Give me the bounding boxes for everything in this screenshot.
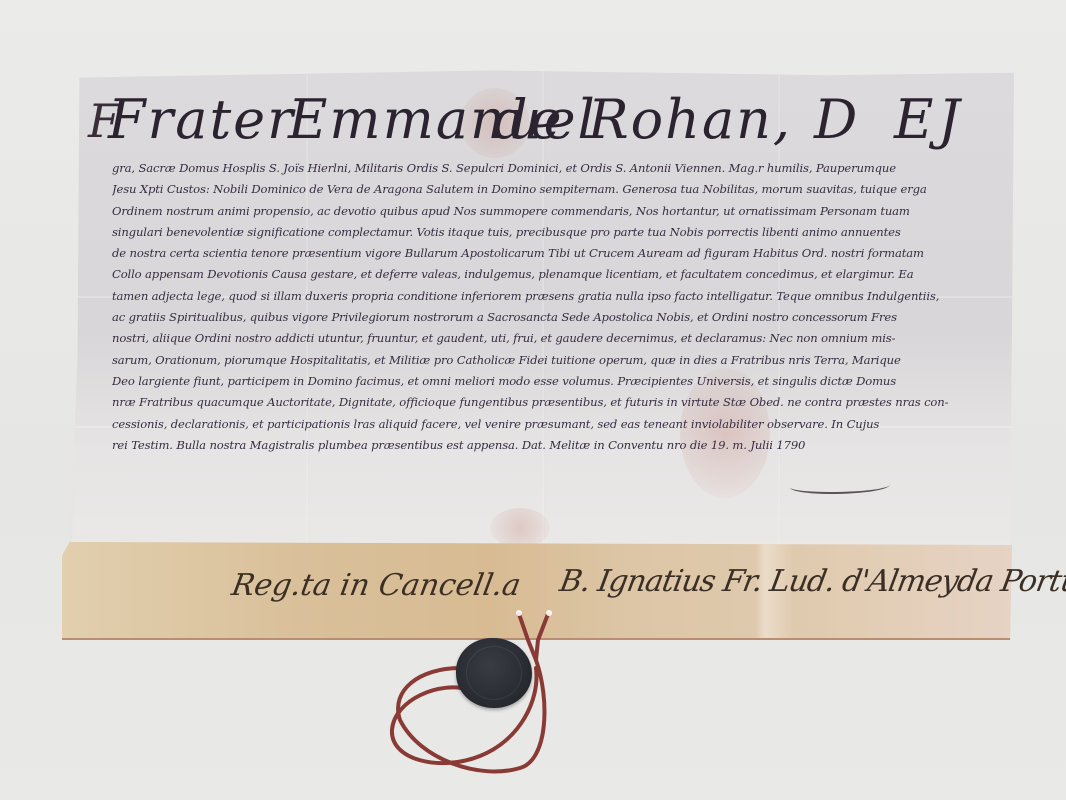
document-body: gra, Sacræ Domus Hosplis S. Joïs Hierlni… — [112, 158, 972, 456]
text-line: nostri, aliique Ordini nostro addicti ut… — [112, 328, 972, 349]
text-line: ac gratiis Spiritualibus, quibus vigore … — [112, 307, 972, 328]
text-line: tamen adjecta lege, quod si illam duxeri… — [112, 286, 972, 307]
heading-word: E — [894, 88, 935, 151]
text-line: Collo appensam Devotionis Causa gestare,… — [112, 264, 972, 285]
text-line: Ordinem nostrum animi propensio, ac devo… — [112, 201, 972, 222]
text-line: rei Testim. Bulla nostra Magistralis plu… — [112, 435, 972, 456]
text-line: sarum, Orationum, piorumque Hospitalitat… — [112, 350, 972, 371]
registration-signature: Reg.ta in Cancell.a — [229, 568, 524, 603]
document-heading: F Frater Emmanuel de Rohan, D E J — [88, 78, 988, 156]
seal-emboss-ring — [466, 646, 522, 700]
heading-word: D — [814, 88, 859, 151]
stain — [490, 508, 550, 548]
text-line: cessionis, declarationis, et participati… — [112, 414, 972, 435]
text-line: nræ Fratribus quacumque Auctoritate, Dig… — [112, 392, 972, 413]
lead-seal — [456, 638, 532, 708]
text-line: de nostra certa scientia tenore præsenti… — [112, 243, 972, 264]
text-line: singulari benevolentiæ significatione co… — [112, 222, 972, 243]
text-line: Deo largiente fiunt, participem in Domin… — [112, 371, 972, 392]
heading-word: J — [938, 88, 962, 151]
heading-word: Rohan, — [588, 88, 792, 151]
heading-word: Frater — [108, 88, 295, 151]
heading-word: de — [493, 88, 564, 151]
text-line: gra, Sacræ Domus Hosplis S. Joïs Hierlni… — [112, 158, 972, 179]
vice-chancellor-signature: B. Ignatius Fr. Lud. d'Almeyda Portugal … — [557, 564, 1066, 599]
text-line: Jesu Xpti Custos: Nobili Dominico de Ver… — [112, 179, 972, 200]
